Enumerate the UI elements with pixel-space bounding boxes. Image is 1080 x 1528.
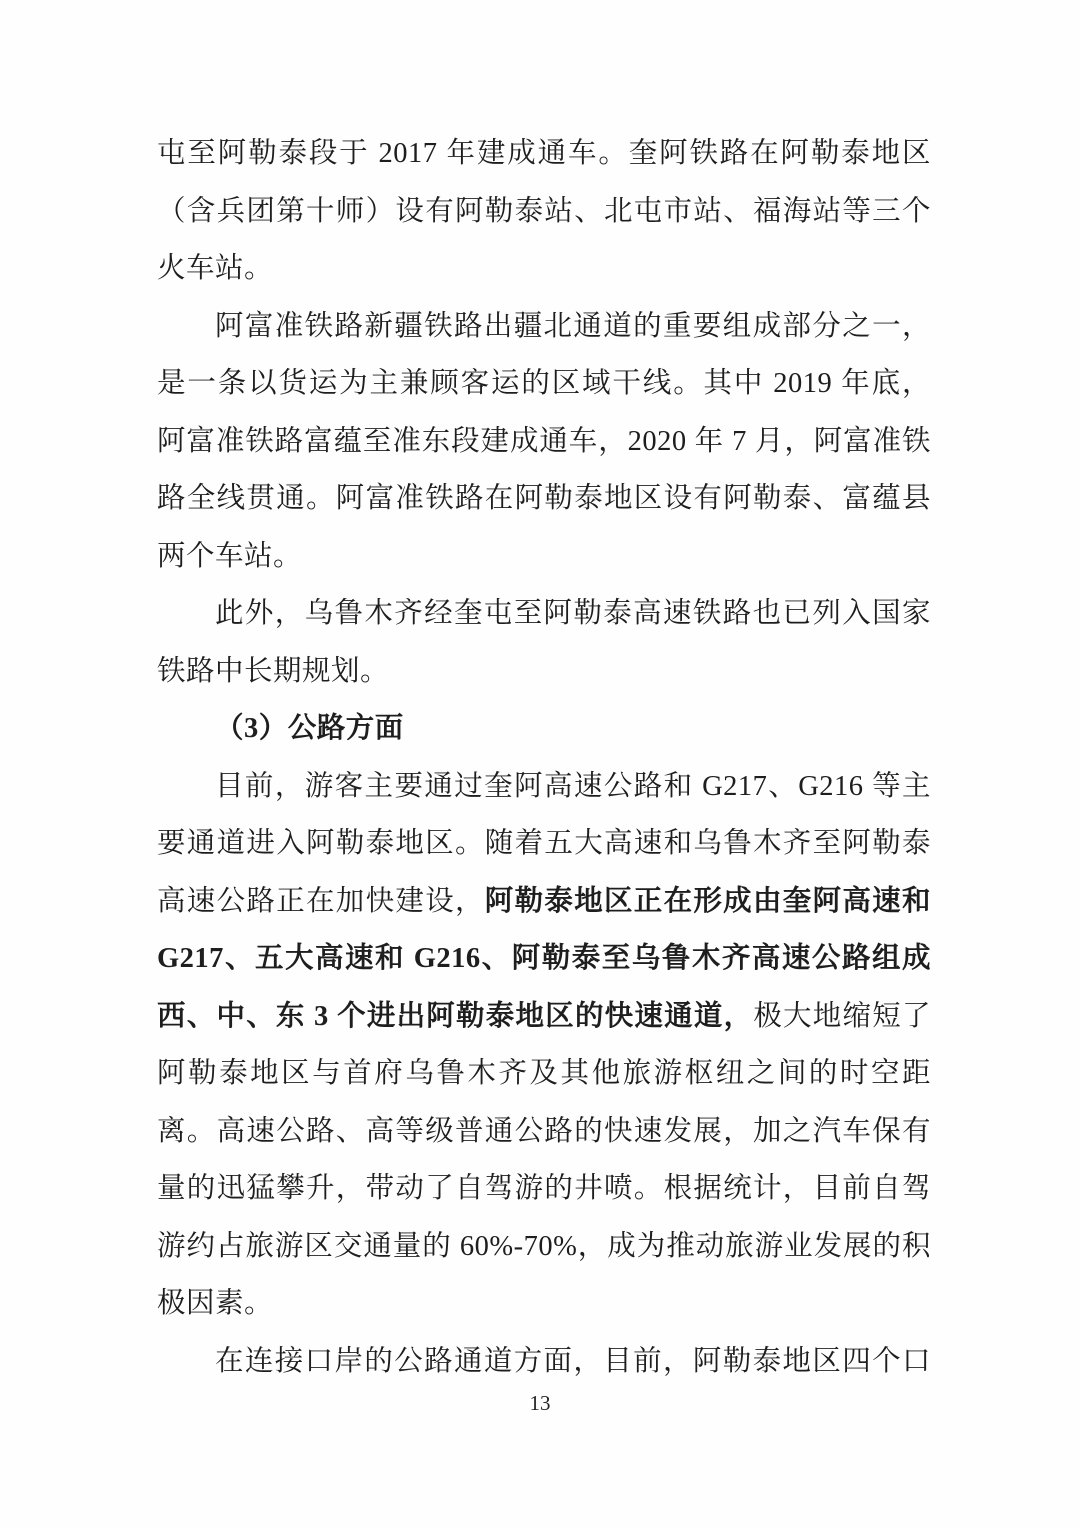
- text-segment: （含兵团第十师）设有阿勒泰站、北屯市站、福海站等三个: [157, 196, 931, 227]
- text-line: 游约占旅游区交通量的 60%-70%，成为推动旅游业发展的积: [157, 1218, 931, 1276]
- body-text: 屯至阿勒泰段于 2017 年建成通车。奎阿铁路在阿勒泰地区（含兵团第十师）设有阿…: [157, 125, 931, 1390]
- text-segment: 屯至阿勒泰段于 2017 年建成通车。奎阿铁路在阿勒泰地区: [157, 138, 931, 169]
- text-segment: 高速公路正在加快建设，: [157, 886, 485, 917]
- text-segment: 此外，乌鲁木齐经奎屯至阿勒泰高速铁路也已列入国家: [215, 598, 931, 629]
- text-line: 屯至阿勒泰段于 2017 年建成通车。奎阿铁路在阿勒泰地区: [157, 125, 931, 183]
- text-line: 高速公路正在加快建设，阿勒泰地区正在形成由奎阿高速和: [157, 873, 931, 931]
- text-line: 要通道进入阿勒泰地区。随着五大高速和乌鲁木齐至阿勒泰: [157, 815, 931, 873]
- text-line: 火车站。: [157, 240, 931, 298]
- text-line: 极因素。: [157, 1275, 931, 1333]
- text-line: （含兵团第十师）设有阿勒泰站、北屯市站、福海站等三个: [157, 183, 931, 241]
- text-segment: 是一条以货运为主兼顾客运的区域干线。其中 2019 年底，: [157, 368, 931, 399]
- text-segment: 铁路中长期规划。: [157, 656, 389, 687]
- text-line: 路全线贯通。阿富准铁路在阿勒泰地区设有阿勒泰、富蕴县: [157, 470, 931, 528]
- text-line: 阿勒泰地区与首府乌鲁木齐及其他旅游枢纽之间的时空距: [157, 1045, 931, 1103]
- text-segment: 路全线贯通。阿富准铁路在阿勒泰地区设有阿勒泰、富蕴县: [157, 483, 931, 514]
- document-page: 屯至阿勒泰段于 2017 年建成通车。奎阿铁路在阿勒泰地区（含兵团第十师）设有阿…: [0, 0, 1080, 1528]
- text-segment: 火车站。: [157, 253, 273, 284]
- text-line: 是一条以货运为主兼顾客运的区域干线。其中 2019 年底，: [157, 355, 931, 413]
- text-line: 阿富准铁路新疆铁路出疆北通道的重要组成部分之一，: [157, 298, 931, 356]
- text-line: 铁路中长期规划。: [157, 643, 931, 701]
- text-segment: 量的迅猛攀升，带动了自驾游的井喷。根据统计，目前自驾: [157, 1173, 931, 1204]
- text-segment: 极因素。: [157, 1288, 273, 1319]
- text-line: 两个车站。: [157, 528, 931, 586]
- text-line: 离。高速公路、高等级普通公路的快速发展，加之汽车保有: [157, 1103, 931, 1161]
- text-line: G217、五大高速和 G216、阿勒泰至乌鲁木齐高速公路组成的: [157, 930, 931, 988]
- text-segment: 在连接口岸的公路通道方面，目前，阿勒泰地区四个口: [215, 1346, 931, 1377]
- text-segment: 要通道进入阿勒泰地区。随着五大高速和乌鲁木齐至阿勒泰: [157, 828, 931, 859]
- text-segment: 两个车站。: [157, 541, 302, 572]
- text-segment: （3）公路方面: [215, 713, 404, 744]
- text-segment: 阿富准铁路富蕴至准东段建成通车，2020 年 7 月，阿富准铁: [157, 426, 931, 457]
- section-heading: （3）公路方面: [157, 700, 931, 758]
- text-segment: G217、五大高速和 G216、阿勒泰至乌鲁木齐高速公路组成的: [157, 943, 931, 988]
- text-line: 在连接口岸的公路通道方面，目前，阿勒泰地区四个口: [157, 1333, 931, 1391]
- text-segment: 离。高速公路、高等级普通公路的快速发展，加之汽车保有: [157, 1116, 931, 1147]
- text-line: 阿富准铁路富蕴至准东段建成通车，2020 年 7 月，阿富准铁: [157, 413, 931, 471]
- text-segment: 阿富准铁路新疆铁路出疆北通道的重要组成部分之一，: [215, 311, 931, 342]
- text-segment: 极大地缩短了: [753, 1001, 931, 1032]
- text-segment: 阿勒泰地区与首府乌鲁木齐及其他旅游枢纽之间的时空距: [157, 1058, 931, 1089]
- text-segment: 目前，游客主要通过奎阿高速公路和 G217、G216 等主: [215, 771, 931, 802]
- text-line: 西、中、东 3 个进出阿勒泰地区的快速通道，极大地缩短了: [157, 988, 931, 1046]
- text-segment: 阿勒泰地区正在形成由奎阿高速和: [485, 886, 931, 917]
- page-number: 13: [0, 1388, 1080, 1418]
- text-line: 此外，乌鲁木齐经奎屯至阿勒泰高速铁路也已列入国家: [157, 585, 931, 643]
- text-line: 量的迅猛攀升，带动了自驾游的井喷。根据统计，目前自驾: [157, 1160, 931, 1218]
- text-segment: 游约占旅游区交通量的 60%-70%，成为推动旅游业发展的积: [157, 1231, 931, 1262]
- text-line: 目前，游客主要通过奎阿高速公路和 G217、G216 等主: [157, 758, 931, 816]
- text-segment: 西、中、东 3 个进出阿勒泰地区的快速通道，: [157, 1001, 753, 1032]
